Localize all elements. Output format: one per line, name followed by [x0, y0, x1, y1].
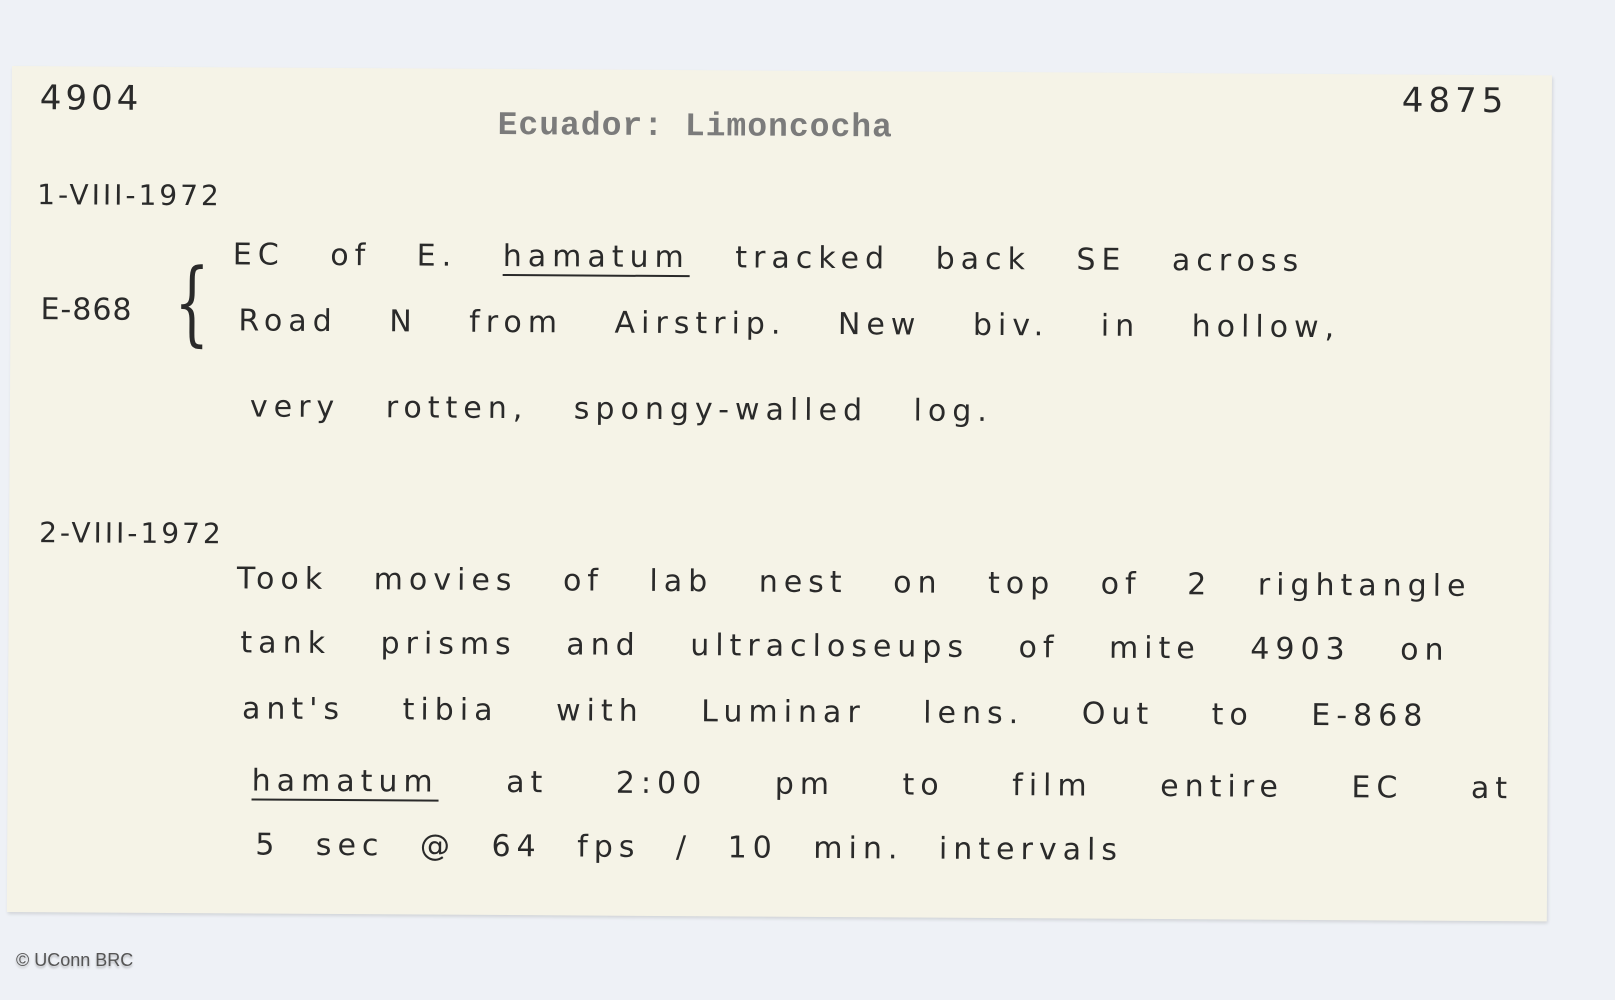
- location-stamp: Ecuador: Limoncocha: [498, 107, 893, 146]
- note-text: tank prisms and ultracloseups of mite 49…: [240, 625, 1449, 667]
- note-line: EC of E. hamatum tracked back SE across: [233, 237, 1305, 279]
- specimen-reference: E-868: [40, 292, 132, 328]
- catalog-number-left: 4904: [40, 78, 143, 119]
- note-text: Road N from Airstrip. New biv. in hollow…: [238, 303, 1340, 345]
- note-line: 5 sec @ 64 fps / 10 min. intervals: [255, 828, 1123, 868]
- note-text: ant's tibia with Luminar lens. Out to E-…: [242, 691, 1429, 733]
- note-text: EC of E.: [233, 237, 503, 274]
- note-line: very rotten, spongy-walled log.: [250, 389, 993, 429]
- brace-icon: {: [174, 257, 210, 349]
- copyright-notice: © UConn BRC: [16, 950, 133, 971]
- entry-date: 2-VIII-1972: [39, 516, 224, 550]
- species-name: hamatum: [503, 239, 690, 275]
- entry-date: 1-VIII-1972: [37, 178, 222, 212]
- note-text: tracked back SE across: [690, 240, 1305, 279]
- note-line: ant's tibia with Luminar lens. Out to E-…: [242, 691, 1429, 733]
- note-line: Road N from Airstrip. New biv. in hollow…: [238, 303, 1340, 345]
- field-note-card: 4904 4875 Ecuador: Limoncocha 1-VIII-197…: [7, 66, 1552, 921]
- catalog-number-right: 4875: [1402, 80, 1509, 121]
- note-text: Took movies of lab nest on top of 2 righ…: [237, 561, 1472, 604]
- note-text: at 2:00 pm to film entire EC at: [439, 765, 1514, 807]
- species-name: hamatum: [252, 763, 439, 799]
- note-line: Took movies of lab nest on top of 2 righ…: [237, 561, 1472, 604]
- note-line: tank prisms and ultracloseups of mite 49…: [240, 625, 1449, 667]
- note-text: very rotten, spongy-walled log.: [250, 389, 993, 429]
- note-line: hamatum at 2:00 pm to film entire EC at: [252, 763, 1514, 806]
- note-text: 5 sec @ 64 fps / 10 min. intervals: [255, 828, 1123, 868]
